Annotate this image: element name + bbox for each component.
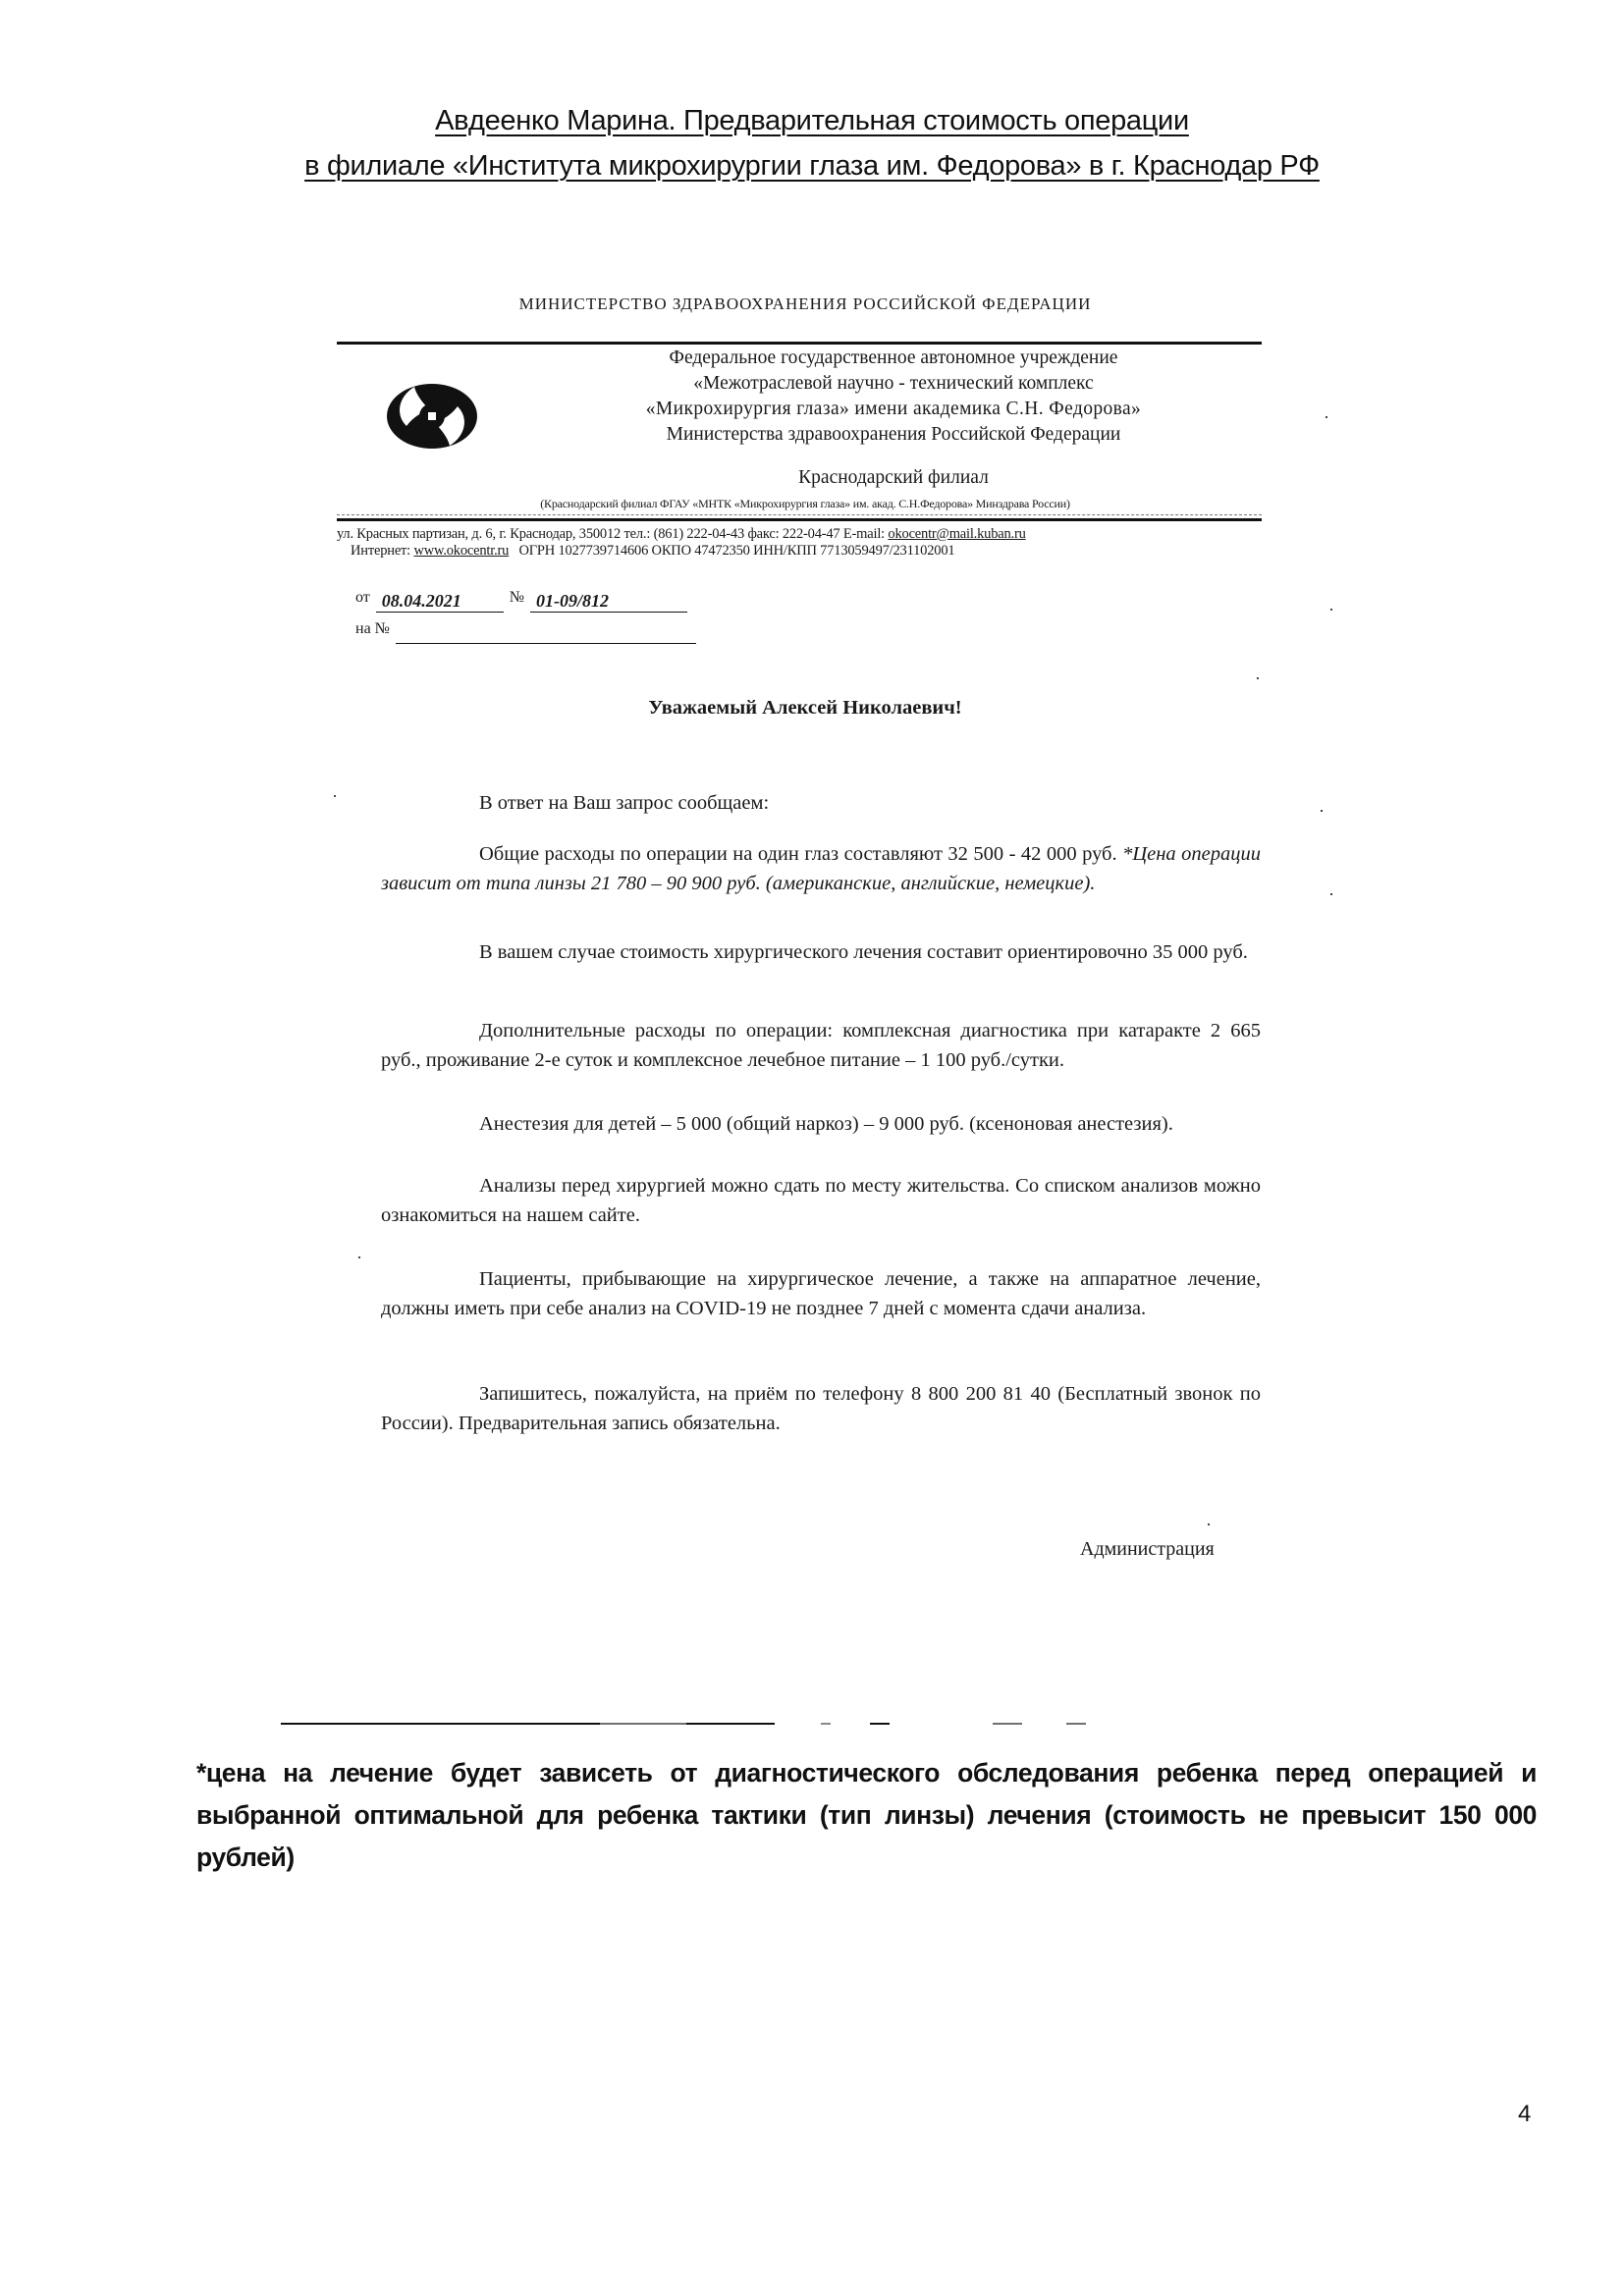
analyses-text: Анализы перед хирургией можно сдать по м…	[381, 1171, 1261, 1230]
scan-speck	[1321, 810, 1323, 812]
registration-block: от 08.04.2021 № 01-09/812 на №	[355, 581, 696, 644]
signature: Администрация	[1080, 1538, 1215, 1561]
your-case-text: В вашем случае стоимость хирургического …	[381, 937, 1261, 967]
appointment-paragraph: Запишитесь, пожалуйста, на приём по теле…	[381, 1379, 1261, 1438]
reference-label: на №	[355, 614, 390, 644]
contacts-block: ул. Красных партизан, д. 6, г. Краснодар…	[337, 526, 1270, 560]
anesthesia-paragraph: Анестезия для детей – 5 000 (общий нарко…	[381, 1109, 1261, 1139]
cost-main: Общие расходы по операции на один глаз с…	[479, 843, 1117, 865]
from-label: от	[355, 583, 370, 613]
covid-paragraph: Пациенты, прибывающие на хирургическое л…	[381, 1264, 1261, 1323]
salutation: Уважаемый Алексей Николаевич!	[334, 697, 1276, 720]
branch-name: Краснодарский филиал	[550, 467, 1237, 489]
internet-label: Интернет:	[351, 543, 410, 559]
cost-paragraph: Общие расходы по операции на один глаз с…	[381, 839, 1261, 898]
website-link[interactable]: www.okocentr.ru	[413, 543, 509, 559]
page-number: 4	[1518, 2101, 1531, 2128]
email-link[interactable]: okocentr@mail.kuban.ru	[888, 526, 1025, 542]
outgoing-date: 08.04.2021	[376, 590, 504, 613]
scan-speck	[1330, 893, 1332, 895]
analyses-paragraph: Анализы перед хирургией можно сдать по м…	[381, 1171, 1261, 1230]
scan-speck	[1208, 1523, 1210, 1525]
appointment-text: Запишитесь, пожалуйста, на приём по теле…	[381, 1379, 1261, 1438]
outgoing-number: 01-09/812	[530, 590, 687, 613]
letter-intro: В ответ на Ваш запрос сообщаем:	[381, 788, 1261, 818]
registry-codes: ОГРН 1027739714606 ОКПО 47472350 ИНН/КПП…	[518, 543, 954, 559]
number-label: №	[510, 583, 524, 613]
letterhead-dashed-rule	[337, 514, 1262, 516]
scan-speck	[1257, 677, 1259, 679]
reference-number	[396, 621, 696, 644]
scan-speck	[334, 795, 336, 797]
scan-speck	[358, 1256, 360, 1258]
intro-paragraph: В ответ на Ваш запрос сообщаем:	[381, 788, 1261, 818]
document-title-line-1: Авдеенко Марина. Предварительная стоимос…	[435, 98, 1189, 143]
organization-name: Федеральное государственное автономное у…	[550, 346, 1237, 448]
eye-logo-icon	[385, 381, 479, 452]
organization-line: «Микрохирургия глаза» имени академика С.…	[550, 397, 1237, 422]
letterhead-bottom-rule	[337, 518, 1262, 521]
organization-line: Министерства здравоохранения Российской …	[550, 422, 1237, 448]
scan-speck	[1330, 609, 1332, 611]
footnote: *цена на лечение будет зависеть от диагн…	[196, 1752, 1537, 1879]
your-case-paragraph: В вашем случае стоимость хирургического …	[381, 937, 1261, 967]
document-title-line-2: в филиале «Института микрохирургии глаза…	[304, 143, 1320, 188]
document-title: Авдеенко Марина. Предварительная стоимос…	[0, 98, 1624, 188]
anesthesia-text: Анестезия для детей – 5 000 (общий нарко…	[381, 1109, 1261, 1139]
ministry-header: МИНИСТЕРСТВО ЗДРАВООХРАНЕНИЯ РОССИЙСКОЙ …	[334, 294, 1276, 314]
covid-text: Пациенты, прибывающие на хирургическое л…	[381, 1264, 1261, 1323]
additional-costs-text: Дополнительные расходы по операции: комп…	[381, 1016, 1261, 1075]
address-line: ул. Красных партизан, д. 6, г. Краснодар…	[337, 526, 885, 542]
letterhead-top-rule	[337, 342, 1262, 345]
organization-line: «Межотраслевой научно - технический комп…	[550, 371, 1237, 397]
branch-full-name: (Краснодарский филиал ФГАУ «МНТК «Микрох…	[353, 497, 1257, 511]
organization-line: Федеральное государственное автономное у…	[550, 346, 1237, 371]
scan-speck	[1326, 416, 1327, 418]
additional-costs-paragraph: Дополнительные расходы по операции: комп…	[381, 1016, 1261, 1075]
